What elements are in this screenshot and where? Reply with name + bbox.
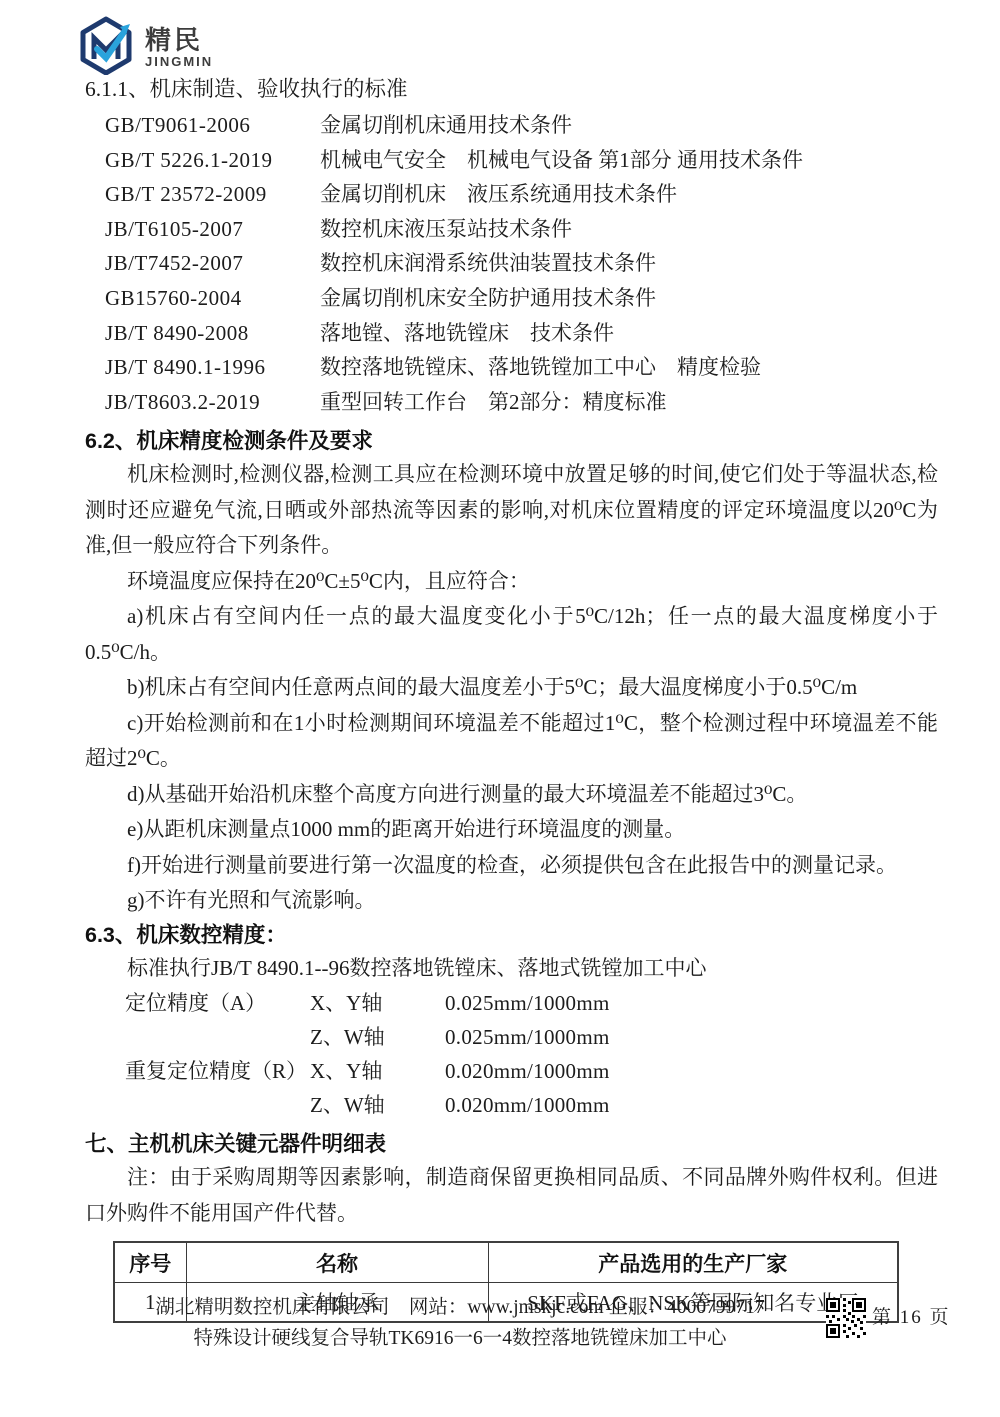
- header: 精民 JINGMIN: [0, 0, 1000, 74]
- column-header-name: 名称: [186, 1242, 488, 1282]
- condition-item-c: c)开始检测前和在1小时检测期间环境温差不能超过1⁰C，整个检测过程中环境温差不…: [85, 706, 938, 777]
- precision-row: 重复定位精度（R） X、Y轴 0.020mm/1000mm: [85, 1054, 938, 1088]
- logo-hexagon-icon: [75, 15, 137, 80]
- precision-label: 重复定位精度（R）: [125, 1054, 310, 1088]
- standard-title: 数控机床润滑系统供油装置技术条件: [320, 246, 938, 281]
- column-header-manufacturer: 产品选用的生产厂家: [488, 1242, 898, 1282]
- section-7-note: 注：由于采购周期等因素影响，制造商保留更换相同品质、不同品牌外购件权利。但进口外…: [85, 1160, 938, 1231]
- table-header-row: 序号 名称 产品选用的生产厂家: [114, 1242, 898, 1282]
- condition-item-d: d)从基础开始沿机床整个高度方向进行测量的最大环境温差不能超过3⁰C。: [85, 777, 938, 813]
- precision-label: 定位精度（A）: [125, 986, 310, 1020]
- standard-code: JB/T 8490-2008: [105, 316, 320, 351]
- standard-row: GB15760-2004 金属切削机床安全防护通用技术条件: [85, 281, 938, 316]
- condition-item-f: f)开始进行测量前要进行第一次温度的检查，必须提供包含在此报告中的测量记录。: [85, 848, 938, 884]
- cnc-precision-standard: 标准执行JB/T 8490.1--96数控落地铣镗床、落地式铣镗加工中心: [85, 951, 938, 987]
- standard-row: JB/T 8490.1-1996 数控落地铣镗床、落地铣镗加工中心 精度检验: [85, 350, 938, 385]
- footer-product-line: 特殊设计硬线复合导轨TK6916一6一4数控落地铣镗床加工中心: [110, 1323, 810, 1354]
- standard-title: 数控机床液压泵站技术条件: [320, 212, 938, 247]
- company-logo: 精民 JINGMIN: [75, 15, 1000, 80]
- page-number: 第 16 页: [872, 1302, 951, 1329]
- standard-row: JB/T 8490-2008 落地镗、落地铣镗床 技术条件: [85, 316, 938, 351]
- standard-code: GB15760-2004: [105, 281, 320, 316]
- precision-label: [125, 1088, 310, 1122]
- precision-table: 定位精度（A） X、Y轴 0.025mm/1000mm Z、W轴 0.025mm…: [85, 986, 938, 1122]
- standard-code: JB/T7452-2007: [105, 246, 320, 281]
- footer-company-line: 湖北精明数控机床有限公司 网站：www.jmskjc.com 企服：400079…: [110, 1292, 810, 1323]
- standard-row: JB/T7452-2007 数控机床润滑系统供油装置技术条件: [85, 246, 938, 281]
- standard-code: JB/T8603.2-2019: [105, 385, 320, 420]
- section-6-3-heading: 6.3、机床数控精度：: [85, 919, 938, 951]
- page-footer: 湖北精明数控机床有限公司 网站：www.jmskjc.com 企服：400079…: [0, 1292, 1000, 1362]
- standard-title: 金属切削机床 液压系统通用技术条件: [320, 177, 938, 212]
- standard-code: GB/T 5226.1-2019: [105, 143, 320, 178]
- section-6-1-1-heading: 6.1.1、机床制造、验收执行的标准: [85, 74, 938, 104]
- precision-label: [125, 1020, 310, 1054]
- standard-row: GB/T 5226.1-2019 机械电气安全 机械电气设备 第1部分 通用技术…: [85, 143, 938, 178]
- standard-title: 数控落地铣镗床、落地铣镗加工中心 精度检验: [320, 350, 938, 385]
- standard-code: GB/T9061-2006: [105, 108, 320, 143]
- logo-text-en: JINGMIN: [145, 55, 213, 68]
- condition-item-a: a)机床占有空间内任一点的最大温度变化小于5⁰C/12h；任一点的最大温度梯度小…: [85, 599, 938, 670]
- standard-row: GB/T9061-2006 金属切削机床通用技术条件: [85, 108, 938, 143]
- precision-axis: X、Y轴: [310, 1054, 445, 1088]
- column-header-index: 序号: [114, 1242, 186, 1282]
- precision-value: 0.020mm/1000mm: [445, 1054, 938, 1088]
- section-6-2-heading: 6.2、机床精度检测条件及要求: [85, 425, 938, 457]
- standard-row: JB/T8603.2-2019 重型回转工作台 第2部分：精度标准: [85, 385, 938, 420]
- temperature-requirement: 环境温度应保持在20⁰C±5⁰C内，且应符合：: [85, 564, 938, 600]
- section-7-heading: 七、主机机床关键元器件明细表: [85, 1128, 938, 1160]
- standard-title: 落地镗、落地铣镗床 技术条件: [320, 316, 938, 351]
- precision-axis: Z、W轴: [310, 1088, 445, 1122]
- condition-item-g: g)不许有光照和气流影响。: [85, 883, 938, 919]
- precision-axis: Z、W轴: [310, 1020, 445, 1054]
- standard-title: 金属切削机床安全防护通用技术条件: [320, 281, 938, 316]
- standard-code: JB/T 8490.1-1996: [105, 350, 320, 385]
- precision-row: Z、W轴 0.025mm/1000mm: [85, 1020, 938, 1054]
- precision-row: Z、W轴 0.020mm/1000mm: [85, 1088, 938, 1122]
- qr-code-icon: [826, 1298, 866, 1338]
- document-page: 精民 JINGMIN 6.1.1、机床制造、验收执行的标准 GB/T9061-2…: [0, 0, 1000, 1417]
- standards-list: GB/T9061-2006 金属切削机床通用技术条件 GB/T 5226.1-2…: [85, 108, 938, 419]
- precision-value: 0.020mm/1000mm: [445, 1088, 938, 1122]
- standard-title: 机械电气安全 机械电气设备 第1部分 通用技术条件: [320, 143, 938, 178]
- precision-value: 0.025mm/1000mm: [445, 1020, 938, 1054]
- precision-value: 0.025mm/1000mm: [445, 986, 938, 1020]
- standard-title: 重型回转工作台 第2部分：精度标准: [320, 385, 938, 420]
- standard-row: GB/T 23572-2009 金属切削机床 液压系统通用技术条件: [85, 177, 938, 212]
- precision-axis: X、Y轴: [310, 986, 445, 1020]
- logo-text-cn: 精民: [145, 27, 213, 53]
- standard-code: GB/T 23572-2009: [105, 177, 320, 212]
- standard-title: 金属切削机床通用技术条件: [320, 108, 938, 143]
- condition-item-b: b)机床占有空间内任意两点间的最大温度差小于5⁰C；最大温度梯度小于0.5⁰C/…: [85, 670, 938, 706]
- standard-code: JB/T6105-2007: [105, 212, 320, 247]
- standard-row: JB/T6105-2007 数控机床液压泵站技术条件: [85, 212, 938, 247]
- section-6-2-intro: 机床检测时,检测仪器,检测工具应在检测环境中放置足够的时间,使它们处于等温状态,…: [85, 457, 938, 564]
- condition-item-e: e)从距机床测量点1000 mm的距离开始进行环境温度的测量。: [85, 812, 938, 848]
- precision-row: 定位精度（A） X、Y轴 0.025mm/1000mm: [85, 986, 938, 1020]
- footer-text: 湖北精明数控机床有限公司 网站：www.jmskjc.com 企服：400079…: [110, 1292, 810, 1354]
- document-body: 6.1.1、机床制造、验收执行的标准 GB/T9061-2006 金属切削机床通…: [0, 74, 1000, 1323]
